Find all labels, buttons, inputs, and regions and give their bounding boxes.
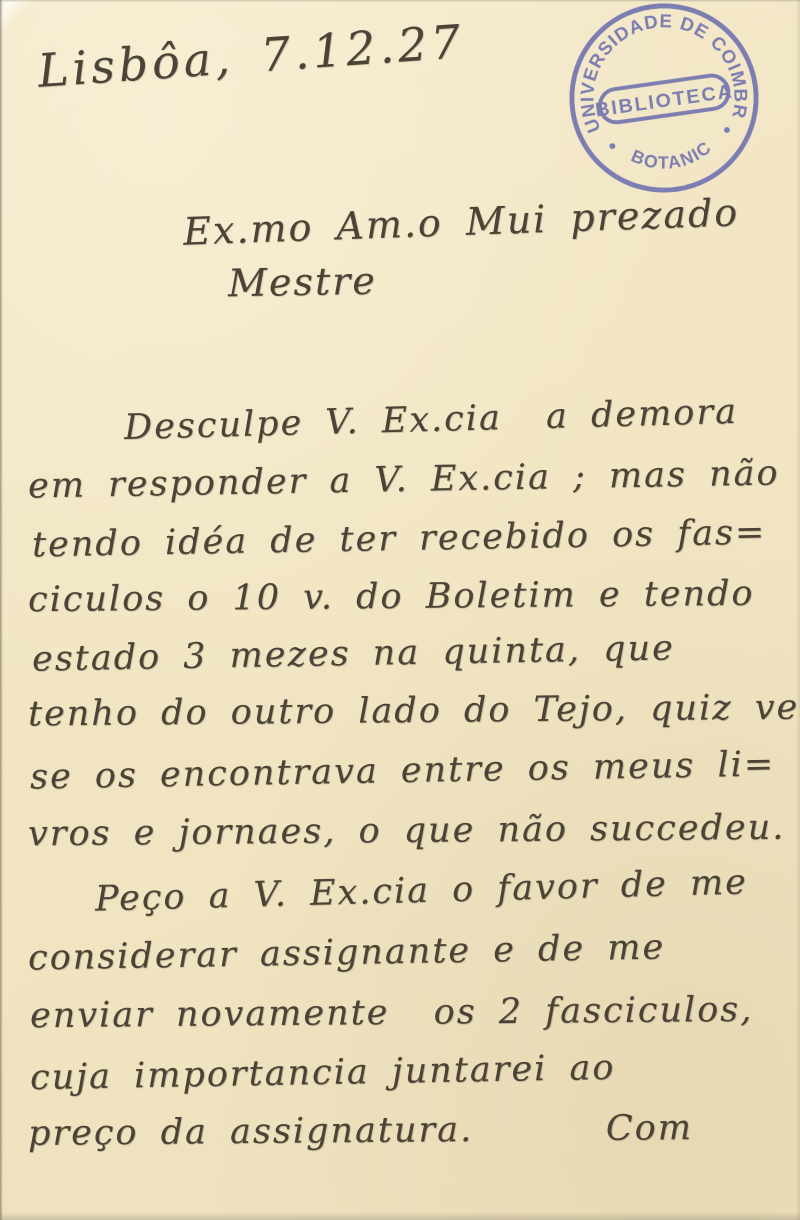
letter-page: UNIVERSIDADE DE COIMBRA BOTANICA BIBLIOT… (0, 0, 800, 1220)
letter-line: tendo idéa de ter recebido os fas= (32, 513, 767, 566)
letter-line: ciculos o 10 v. do Boletim e tendo (28, 574, 755, 620)
scan-edge-left (0, 0, 3, 1220)
stamp-ring-top-text: UNIVERSIDADE DE COIMBRA (553, 0, 756, 147)
letter-line: Peço a V. Ex.cia o favor de me (95, 862, 749, 919)
letter-line: em responder a V. Ex.cia ; mas não (28, 453, 780, 506)
letter-line: enviar novamente os 2 fasciculos, (30, 990, 754, 1036)
salutation-line-1: Ex.mo Am.o Mui prezado (182, 190, 739, 253)
salutation-line-2: Mestre (228, 259, 378, 306)
letter-line: considerar assignante e de me (28, 927, 666, 978)
scan-corner-sliver (0, 0, 30, 30)
letter-line: se os encontrava entre os meus li= (30, 745, 776, 798)
letter-line: cuja importancia juntarei ao (30, 1048, 616, 1098)
scan-edge-bottom (0, 1212, 800, 1220)
letter-line: Desculpe V. Ex.cia a demora (124, 392, 739, 448)
date-line: Lisbôa, 7.12.27 (36, 14, 466, 98)
scan-edge-right (796, 0, 800, 1220)
stamp-dot-left (609, 143, 616, 150)
library-stamp: UNIVERSIDADE DE COIMBRA BOTANICA BIBLIOT… (553, 0, 774, 209)
letter-line: estado 3 mezes na quinta, que (32, 628, 675, 679)
stamp-dot-right (724, 127, 731, 134)
letter-line: vros e jornaes, o que não succedeu. (28, 808, 786, 855)
letter-line: tenho do outro lado do Tejo, quiz ver (28, 688, 800, 735)
letter-line: preço da assignatura. Com (28, 1108, 693, 1154)
